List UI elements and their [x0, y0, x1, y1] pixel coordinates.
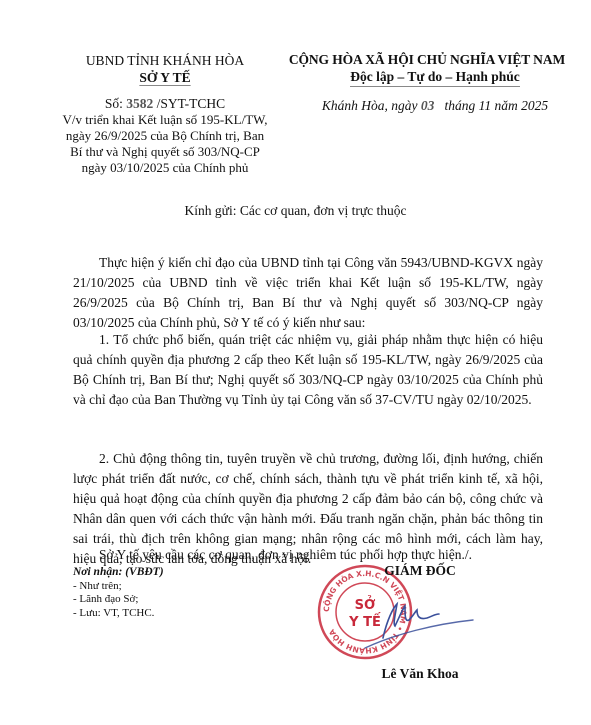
national-title: CỘNG HÒA XÃ HỘI CHỦ NGHĨA VIỆT NAM — [274, 52, 580, 68]
national-motto: Độc lập – Tự do – Hạnh phúc — [350, 69, 520, 87]
intro-paragraph: Thực hiện ý kiến chỉ đạo của UBND tỉnh t… — [73, 253, 543, 333]
greeting: Kính gửi: Các cơ quan, đơn vị trực thuộc — [0, 203, 591, 219]
signatory-name: Lê Văn Khoa — [350, 666, 490, 682]
number-prefix: Số: — [105, 96, 123, 111]
number-value: 3582 — [126, 96, 153, 111]
subject-line: Bí thư và Nghị quyết số 303/NQ-CP — [60, 144, 270, 160]
number-suffix: /SYT-TCHC — [157, 96, 226, 111]
date-suffix: tháng 11 năm 2025 — [445, 98, 549, 113]
national-header: CỘNG HÒA XÃ HỘI CHỦ NGHĨA VIỆT NAM Độc l… — [290, 52, 580, 114]
recipients-title: Nơi nhận: (VBĐT) — [73, 566, 164, 580]
closing-paragraph: Sở Y tế yêu cầu các cơ quan, đơn vị nghi… — [73, 545, 543, 565]
issuer-department: SỞ Y TẾ — [60, 69, 270, 86]
date-day: 03 — [421, 98, 435, 113]
document-number: Số: 3582 /SYT-TCHC — [60, 95, 270, 112]
subject-line: ngày 03/10/2025 của Chính phủ — [60, 160, 270, 176]
subject-line: ngày 26/9/2025 của Bộ Chính trị, Ban — [60, 128, 270, 144]
recipients-block: Nơi nhận: (VBĐT) - Như trên; - Lãnh đạo … — [73, 566, 164, 620]
recipient-item: - Như trên; — [73, 580, 164, 594]
recipient-item: - Lãnh đạo Sở; — [73, 593, 164, 607]
document-subject: V/v triển khai Kết luận số 195-KL/TW, ng… — [60, 112, 270, 176]
document-date: Khánh Hòa, ngày 03 tháng 11 năm 2025 — [290, 98, 580, 114]
signatory-title: GIÁM ĐỐC — [370, 563, 470, 579]
date-prefix: Khánh Hòa, ngày — [322, 98, 418, 113]
issuer-header: UBND TỈNH KHÁNH HÒA SỞ Y TẾ Số: 3582 /SY… — [60, 52, 270, 176]
handwritten-signature — [335, 590, 475, 650]
recipient-item: - Lưu: VT, TCHC. — [73, 607, 164, 621]
issuer-organization: UBND TỈNH KHÁNH HÒA — [60, 52, 270, 69]
subject-line: V/v triển khai Kết luận số 195-KL/TW, — [60, 112, 270, 128]
item-1-paragraph: 1. Tổ chức phổ biến, quán triệt các nhiệ… — [73, 330, 543, 410]
